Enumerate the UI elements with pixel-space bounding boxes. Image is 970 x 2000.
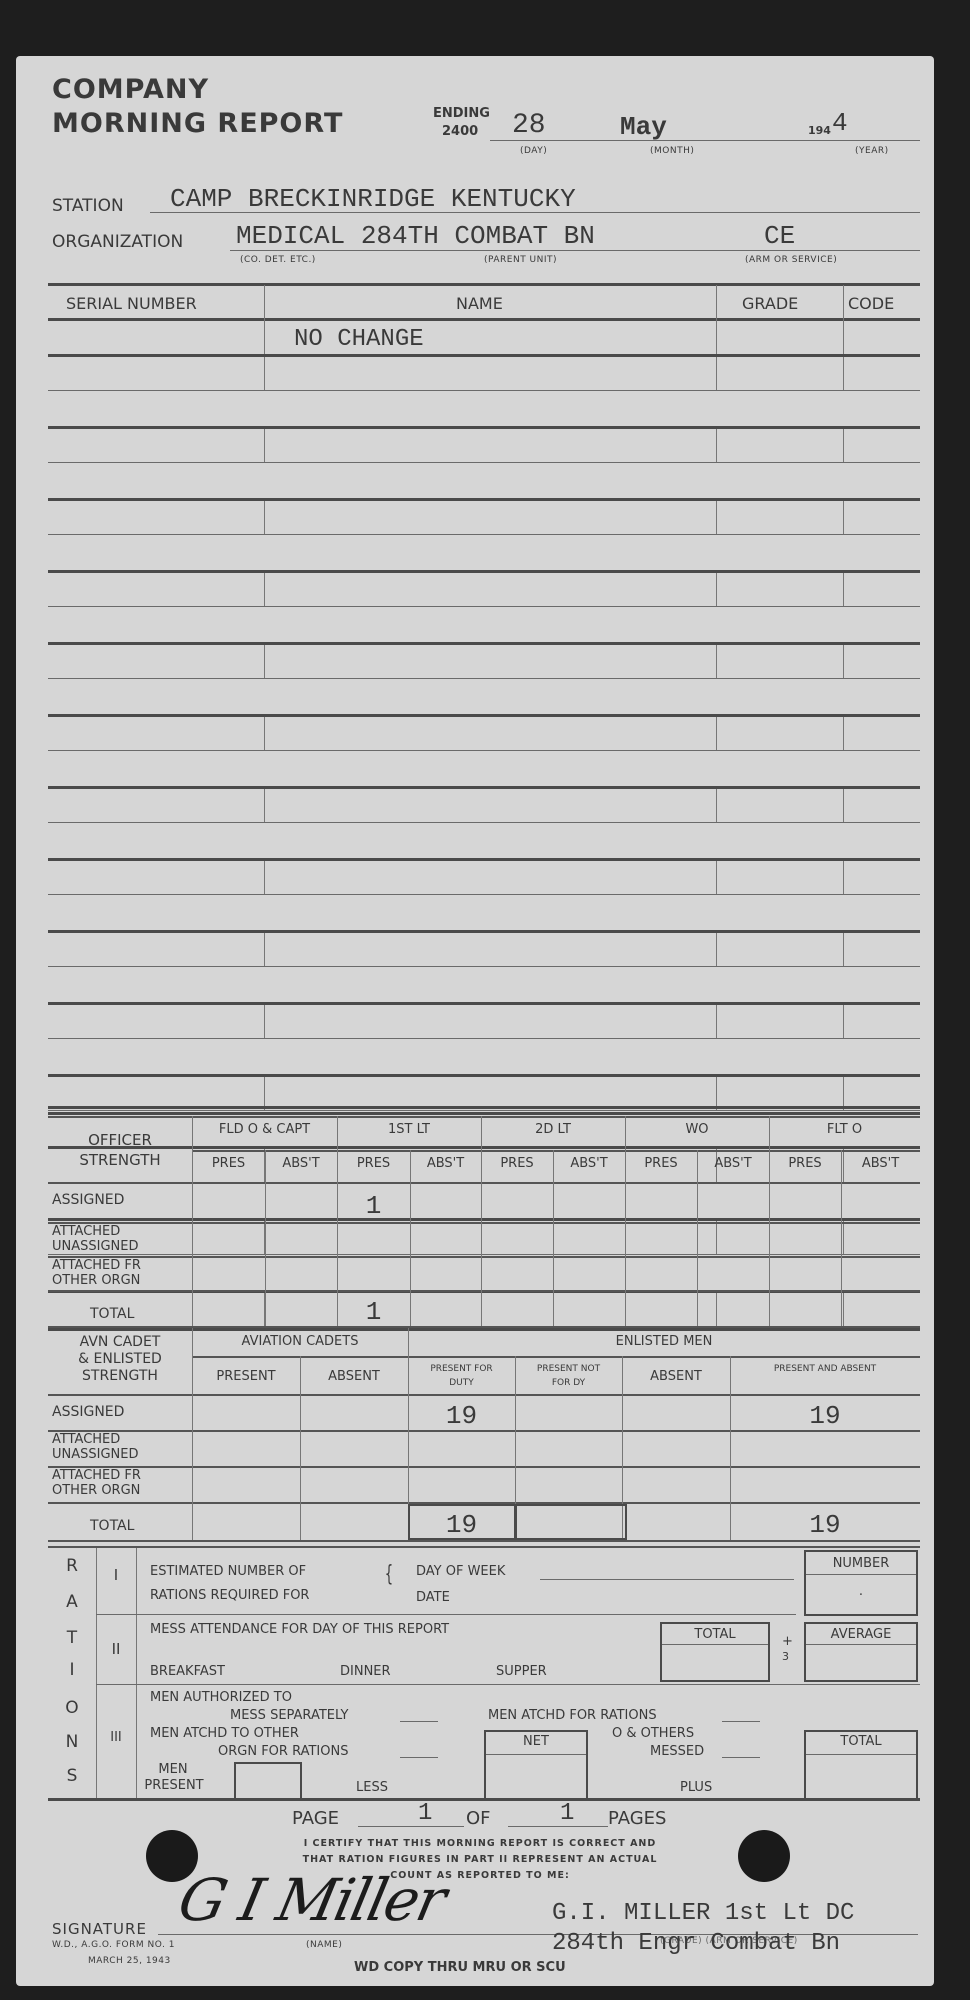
atchd-rations-field[interactable] <box>722 1721 760 1722</box>
mess-separately-field[interactable] <box>400 1721 438 1722</box>
page-label: PAGE <box>292 1808 339 1829</box>
roster-rule-thin <box>48 606 920 607</box>
roster-column-divider <box>843 429 844 462</box>
roster-column-divider <box>843 357 844 390</box>
roster-rule-thin <box>48 966 920 967</box>
roster-column-divider <box>716 1293 717 1326</box>
report-day: 28 <box>512 110 546 141</box>
officer-cell: 1 <box>337 1186 410 1226</box>
officer-subcol-abs: ABS'T <box>265 1156 337 1171</box>
col-serial-number: SERIAL NUMBER <box>66 294 197 313</box>
roster-header-rule <box>48 318 920 321</box>
average-rule <box>806 1644 916 1645</box>
officer-row-label: ASSIGNED <box>52 1192 124 1208</box>
handwritten-signature: G I Miller <box>173 1866 451 1934</box>
atchd-rations-label: MEN ATCHD FOR RATIONS <box>488 1708 657 1723</box>
roster-rule-thick <box>48 354 920 357</box>
roster-rule-thick <box>48 930 920 933</box>
ending-label: ENDING <box>433 106 490 121</box>
officer-group-header: 1ST LT <box>337 1122 481 1137</box>
roster-column-divider <box>264 717 265 750</box>
roster-column-divider <box>843 1293 844 1326</box>
officer-title-line2: STRENGTH <box>48 1150 192 1170</box>
officer-subcol-pres: PRES <box>769 1156 841 1171</box>
roster-rule-thick <box>48 1218 920 1221</box>
rations-side-letter: A <box>52 1592 92 1612</box>
others-line2: MESSED <box>650 1744 704 1759</box>
organization-service: CE <box>764 221 795 251</box>
other-orgn-field[interactable] <box>400 1757 438 1758</box>
net-label: NET <box>486 1734 586 1749</box>
roster-rule-thick <box>48 1002 920 1005</box>
form-number: W.D., A.G.O. FORM NO. 1 <box>52 1940 175 1950</box>
pages-label: PAGES <box>608 1808 666 1829</box>
men-present-line1: MEN <box>140 1762 206 1778</box>
officer-cell: 1 <box>337 1294 410 1330</box>
mess-total-label: TOTAL <box>662 1627 768 1642</box>
org-caption-arm-service: (ARM OR SERVICE) <box>745 255 837 265</box>
group-aviation-cadets: AVIATION CADETS <box>192 1334 408 1349</box>
enlisted-grid-rule <box>48 1328 920 1331</box>
org-caption-company: (CO. DET. ETC.) <box>240 255 316 265</box>
roster-rule-thick <box>48 858 920 861</box>
officer-grid-divider <box>192 1116 193 1326</box>
punch-hole-right <box>738 1830 790 1882</box>
roster-column-divider <box>843 933 844 966</box>
number-value: . <box>806 1584 916 1599</box>
enlisted-row-label: ASSIGNED <box>52 1404 124 1420</box>
auth-line2: MESS SEPARATELY <box>230 1708 348 1723</box>
roster-rule-thin <box>48 1254 920 1255</box>
divide-by-three: 3 <box>782 1650 789 1663</box>
year-prefix: 194 <box>808 124 831 137</box>
roster-column-divider <box>264 318 265 354</box>
roster-rule-thin <box>48 1038 920 1039</box>
roster-column-divider <box>264 789 265 822</box>
org-caption-parent-unit: (PARENT UNIT) <box>484 255 557 265</box>
others-messed-field[interactable] <box>722 1757 760 1758</box>
number-box-rule <box>806 1574 916 1575</box>
col-code: CODE <box>848 294 894 313</box>
roster-column-divider <box>716 789 717 822</box>
officer-subcol-abs: ABS'T <box>841 1156 920 1171</box>
roster-rule-thick <box>48 642 920 645</box>
organization-label: ORGANIZATION <box>52 232 183 252</box>
officer-subcol-pres: PRES <box>481 1156 553 1171</box>
enlisted-row-label: ATTACHED FR OTHER ORGN <box>52 1468 182 1498</box>
roster-rule-thin <box>48 390 920 391</box>
rations-divider <box>136 1548 137 1800</box>
roster-column-divider <box>264 933 265 966</box>
date-label: DATE <box>416 1590 450 1605</box>
year-caption: (YEAR) <box>855 146 889 156</box>
enlisted-grid-rule <box>48 1394 920 1396</box>
form-date: MARCH 25, 1943 <box>88 1956 171 1966</box>
station-value: CAMP BRECKINRIDGE KENTUCKY <box>170 184 576 214</box>
organization-value: MEDICAL 284TH COMBAT BN <box>236 221 595 251</box>
officer-grid-divider <box>481 1116 482 1326</box>
roster-column-divider <box>716 717 717 750</box>
station-label: STATION <box>52 196 124 216</box>
day-of-week-label: DAY OF WEEK <box>416 1564 505 1579</box>
total-present-duty-box <box>408 1504 516 1540</box>
officer-grid-divider <box>769 1116 770 1326</box>
roster-column-divider <box>264 501 265 534</box>
rations-rule <box>96 1684 920 1685</box>
auth-line1: MEN AUTHORIZED TO <box>150 1690 292 1705</box>
rations-total-label: TOTAL <box>806 1734 916 1749</box>
roster-column-divider <box>264 645 265 678</box>
officer-group-header: WO <box>625 1122 769 1137</box>
roster-column-divider <box>843 717 844 750</box>
page-number-underline <box>358 1826 464 1827</box>
officer-row-label: ATTACHED FR OTHER ORGN <box>52 1258 182 1288</box>
roster-rule-thin <box>48 534 920 535</box>
of-label: OF <box>466 1808 491 1829</box>
form-title-line2: MORNING REPORT <box>52 108 343 139</box>
page-total: 1 <box>560 1800 574 1827</box>
others-line1: O & OTHERS <box>612 1726 694 1741</box>
men-present-box <box>234 1762 302 1800</box>
officer-subcol-pres: PRES <box>625 1156 697 1171</box>
enlisted-cell: 19 <box>730 1506 920 1544</box>
roster-column-divider <box>843 501 844 534</box>
roster-rule-thin <box>48 678 920 679</box>
roster-rule-thick <box>48 1074 920 1077</box>
enlisted-row-label: ATTACHED UNASSIGNED <box>52 1432 182 1462</box>
signature-label: SIGNATURE <box>52 1920 147 1938</box>
rations-rule <box>96 1614 796 1615</box>
officer-row-label: TOTAL <box>90 1306 134 1322</box>
form-title-line1: COMPANY <box>52 74 209 105</box>
roster-column-divider <box>716 501 717 534</box>
officer-grid-rule <box>48 1182 920 1184</box>
rations-total-rule <box>806 1754 916 1755</box>
roster-column-divider <box>716 429 717 462</box>
rations-side-letter: N <box>52 1732 92 1752</box>
rations-side-letter: S <box>52 1766 92 1786</box>
roster-column-divider <box>716 357 717 390</box>
men-present-line2: PRESENT <box>134 1778 214 1794</box>
brace-icon: { <box>385 1562 393 1587</box>
officer-grid-divider <box>697 1150 698 1326</box>
roster-column-divider <box>843 573 844 606</box>
roster-column-divider <box>843 285 844 318</box>
ending-time: 2400 <box>442 124 478 139</box>
officer-group-header: 2D LT <box>481 1122 625 1137</box>
roster-rule-thick <box>48 426 920 429</box>
breakfast-label: BREAKFAST <box>150 1664 225 1679</box>
roster-column-divider <box>843 318 844 354</box>
roster-rule-thin <box>48 462 920 463</box>
month-caption: (MONTH) <box>650 146 694 156</box>
roster-column-divider <box>264 1005 265 1038</box>
col-name: NAME <box>456 294 503 313</box>
plus-sign: + <box>782 1634 793 1649</box>
part2-title: MESS ATTENDANCE FOR DAY OF THIS REPORT <box>150 1622 449 1637</box>
enlisted-cell: 19 <box>730 1398 920 1434</box>
enlisted-cell: 19 <box>408 1398 515 1434</box>
officer-grid-rule <box>48 1116 920 1118</box>
officer-grid-divider <box>841 1150 842 1326</box>
day-caption: (DAY) <box>520 146 547 156</box>
rations-side-letter: I <box>52 1660 92 1680</box>
part1-line1: ESTIMATED NUMBER OF <box>150 1564 306 1579</box>
report-year-digit: 4 <box>832 108 848 138</box>
supper-label: SUPPER <box>496 1664 547 1679</box>
mess-total-rule <box>662 1644 768 1645</box>
roster-rule-thick <box>48 786 920 789</box>
less-label: LESS <box>356 1780 388 1795</box>
roster-column-divider <box>843 861 844 894</box>
officer-grid-divider <box>410 1150 411 1326</box>
officer-grid-rule <box>48 1290 920 1292</box>
roster-bottom-rule <box>48 1106 920 1109</box>
enlisted-subcolumn: PRESENT FOR DUTY <box>408 1362 515 1390</box>
enlisted-subcolumn: PRESENT <box>192 1370 300 1384</box>
page-number: 1 <box>418 1800 432 1827</box>
roster-column-divider <box>716 573 717 606</box>
roster-rule-thick <box>48 714 920 717</box>
number-label: NUMBER <box>806 1556 916 1571</box>
enlisted-grid-divider <box>192 1328 193 1540</box>
officer-subcol-abs: ABS'T <box>410 1156 481 1171</box>
roster-rule-thick <box>48 498 920 501</box>
roster-rule-thick <box>48 1146 920 1149</box>
roster-column-divider <box>264 429 265 462</box>
dinner-label: DINNER <box>340 1664 391 1679</box>
enlisted-grid-rule <box>192 1356 920 1358</box>
copy-routing-note: WD COPY THRU MRU OR SCU <box>354 1960 566 1975</box>
enlisted-title-line2: & ENLISTED <box>48 1351 192 1368</box>
officer-subcol-pres: PRES <box>337 1156 410 1171</box>
roster-column-divider <box>716 318 717 354</box>
other-line1: MEN ATCHD TO OTHER <box>150 1726 299 1741</box>
enlisted-title-line3: STRENGTH <box>48 1368 192 1385</box>
enlisted-row-label: TOTAL <box>90 1518 134 1534</box>
officer-group-header: FLT O <box>769 1122 920 1137</box>
enlisted-subcolumn: PRESENT AND ABSENT <box>730 1362 920 1376</box>
roster-column-divider <box>716 1221 717 1254</box>
rations-side-letter: R <box>52 1556 92 1576</box>
roster-column-divider <box>716 645 717 678</box>
roster-rule-thin <box>48 1110 920 1111</box>
officer-grid-divider <box>553 1150 554 1326</box>
roster-rule-thin <box>48 750 920 751</box>
roster-column-divider <box>716 933 717 966</box>
roster-column-divider <box>843 1221 844 1254</box>
roster-column-divider <box>264 285 265 318</box>
enlisted-subcolumn: ABSENT <box>300 1370 408 1384</box>
average-label: AVERAGE <box>806 1627 916 1642</box>
report-month: May <box>620 112 667 142</box>
roster-column-divider <box>264 573 265 606</box>
officer-grid-divider <box>265 1150 266 1326</box>
officer-name-grade: G.I. MILLER 1st Lt DC <box>552 1900 854 1927</box>
roster-column-divider <box>843 789 844 822</box>
grade-caption: (GRADE) (ARM OR SERVICE) <box>660 1936 798 1946</box>
roster-column-divider <box>716 285 717 318</box>
roster-column-divider <box>716 861 717 894</box>
rations-rule <box>48 1546 920 1548</box>
roster-rule-thin <box>48 894 920 895</box>
roster-bottom-rule <box>48 1112 920 1115</box>
roster-row-name: NO CHANGE <box>294 326 424 353</box>
officer-row-label: ATTACHED UNASSIGNED <box>52 1224 182 1254</box>
roster-column-divider <box>716 1005 717 1038</box>
part2-numeral: II <box>96 1640 136 1658</box>
officer-grid-divider <box>625 1116 626 1326</box>
enlisted-title-line1: AVN CADET <box>48 1334 192 1351</box>
part1-numeral: I <box>96 1566 136 1584</box>
officer-grid-rule <box>192 1150 920 1152</box>
col-grade: GRADE <box>742 294 798 313</box>
roster-column-divider <box>843 1005 844 1038</box>
other-line2: ORGN FOR RATIONS <box>218 1744 348 1759</box>
roster-rule-thick <box>48 570 920 573</box>
certify-line1: I CERTIFY THAT THIS MORNING REPORT IS CO… <box>240 1836 720 1852</box>
officer-subcol-abs: ABS'T <box>697 1156 769 1171</box>
roster-column-divider <box>843 645 844 678</box>
name-caption: (NAME) <box>306 1940 342 1950</box>
part3-numeral: III <box>96 1730 136 1745</box>
day-of-week-field[interactable] <box>540 1579 794 1580</box>
roster-rule-thin <box>48 822 920 823</box>
date-underline <box>490 140 920 141</box>
part1-line2: RATIONS REQUIRED FOR <box>150 1588 309 1603</box>
net-rule <box>486 1754 586 1755</box>
total-present-not-duty-box <box>515 1504 627 1540</box>
page-total-underline <box>508 1826 608 1827</box>
rations-side-letter: O <box>52 1698 92 1718</box>
roster-column-divider <box>264 357 265 390</box>
plus-label: PLUS <box>680 1780 712 1795</box>
group-enlisted-men: ENLISTED MEN <box>408 1334 920 1349</box>
roster-column-divider <box>264 861 265 894</box>
enlisted-subcolumn: ABSENT <box>622 1370 730 1384</box>
officer-group-header: FLD O & CAPT <box>192 1122 337 1137</box>
officer-strength-title: OFFICER STRENGTH <box>48 1130 192 1170</box>
rations-divider <box>96 1548 97 1800</box>
officer-subcol-abs: ABS'T <box>553 1156 625 1171</box>
enlisted-subcolumn: PRESENT NOT FOR DY <box>515 1362 622 1390</box>
rations-side-letter: T <box>52 1628 92 1648</box>
roster-top-rule <box>48 283 920 286</box>
officer-subcol-pres: PRES <box>192 1156 265 1171</box>
